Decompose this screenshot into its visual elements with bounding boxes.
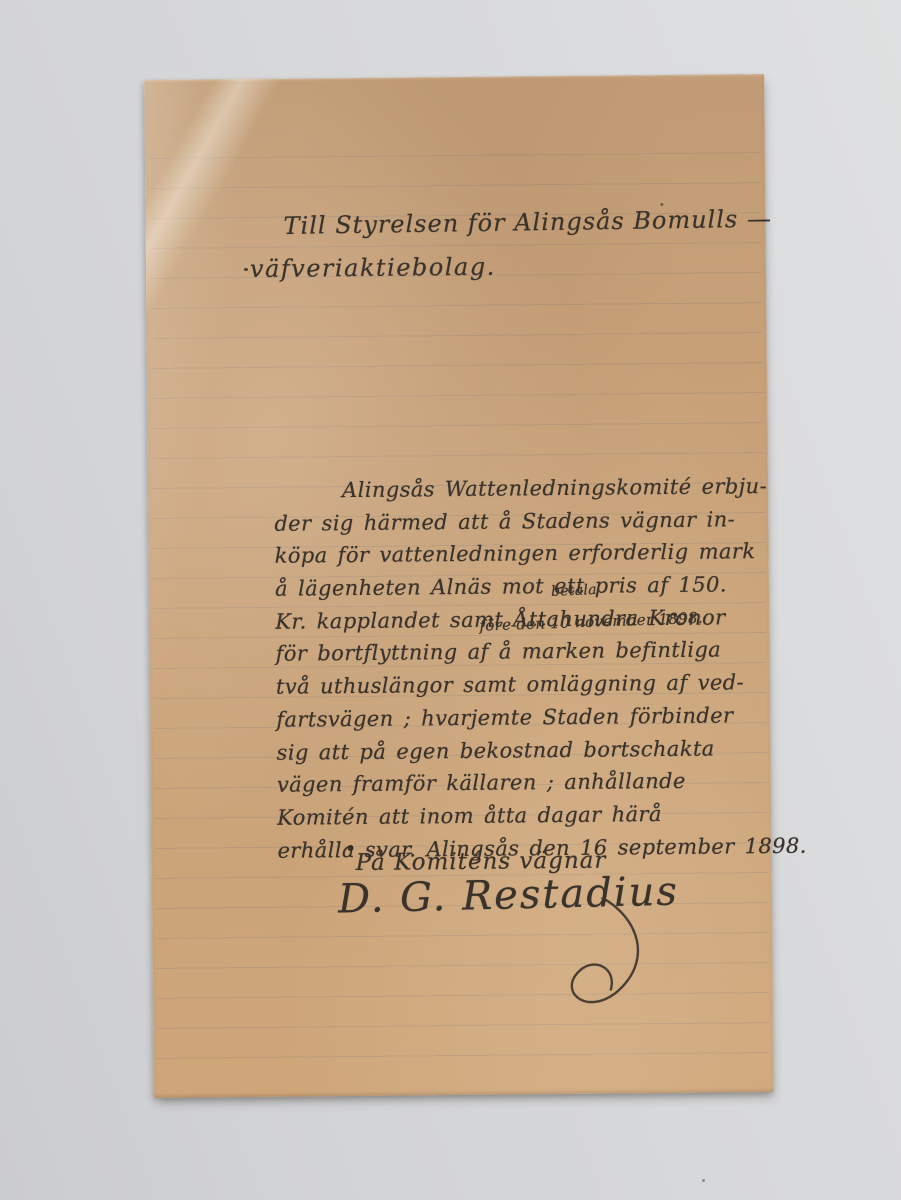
body-line: för bortflyttning af å marken befintliga — [275, 633, 771, 670]
body-line: Komitén att inom åtta dagar härå — [277, 797, 773, 834]
ink-speck — [660, 203, 663, 206]
letter-recipient-line-1: Till Styrelsen för Alingsås Bomulls — — [283, 205, 772, 240]
letter-recipient-line-2: väfveriaktiebolag. — [250, 253, 496, 283]
ink-speck — [244, 268, 248, 271]
body-line: två uthuslängor samt omläggning af ved- — [276, 666, 772, 703]
letter-paper: Till Styrelsen för Alingsås Bomulls — vä… — [144, 74, 774, 1098]
body-line: Alingsås Wattenledningskomité erbju- — [274, 470, 770, 507]
letter-handwriting: Till Styrelsen för Alingsås Bomulls — vä… — [144, 74, 774, 1098]
body-line: å lägenheten Alnäs mot ett pris af 150. — [275, 568, 771, 605]
photo-backdrop: { "colors": { "backdrop_gray": "#d6d7d9"… — [0, 0, 901, 1200]
letter-body: Alingsås Wattenledningskomité erbju- der… — [274, 470, 774, 867]
interlinear-insertion-word: betala — [551, 582, 598, 600]
body-line: sig att på egen bekostnad bortschakta — [276, 731, 772, 768]
ink-speck — [347, 845, 353, 851]
dust-speck — [702, 1179, 705, 1182]
body-line: köpa för vattenledningen erforderlig mar… — [275, 535, 771, 572]
body-line: der sig härmed att å Stadens vägnar in- — [274, 503, 770, 540]
body-line: vägen framför källaren ; anhållande — [277, 764, 773, 801]
body-line: fartsvägen ; hvarjemte Staden förbinder — [276, 699, 772, 736]
signature: D. G. Restadius — [337, 869, 679, 923]
